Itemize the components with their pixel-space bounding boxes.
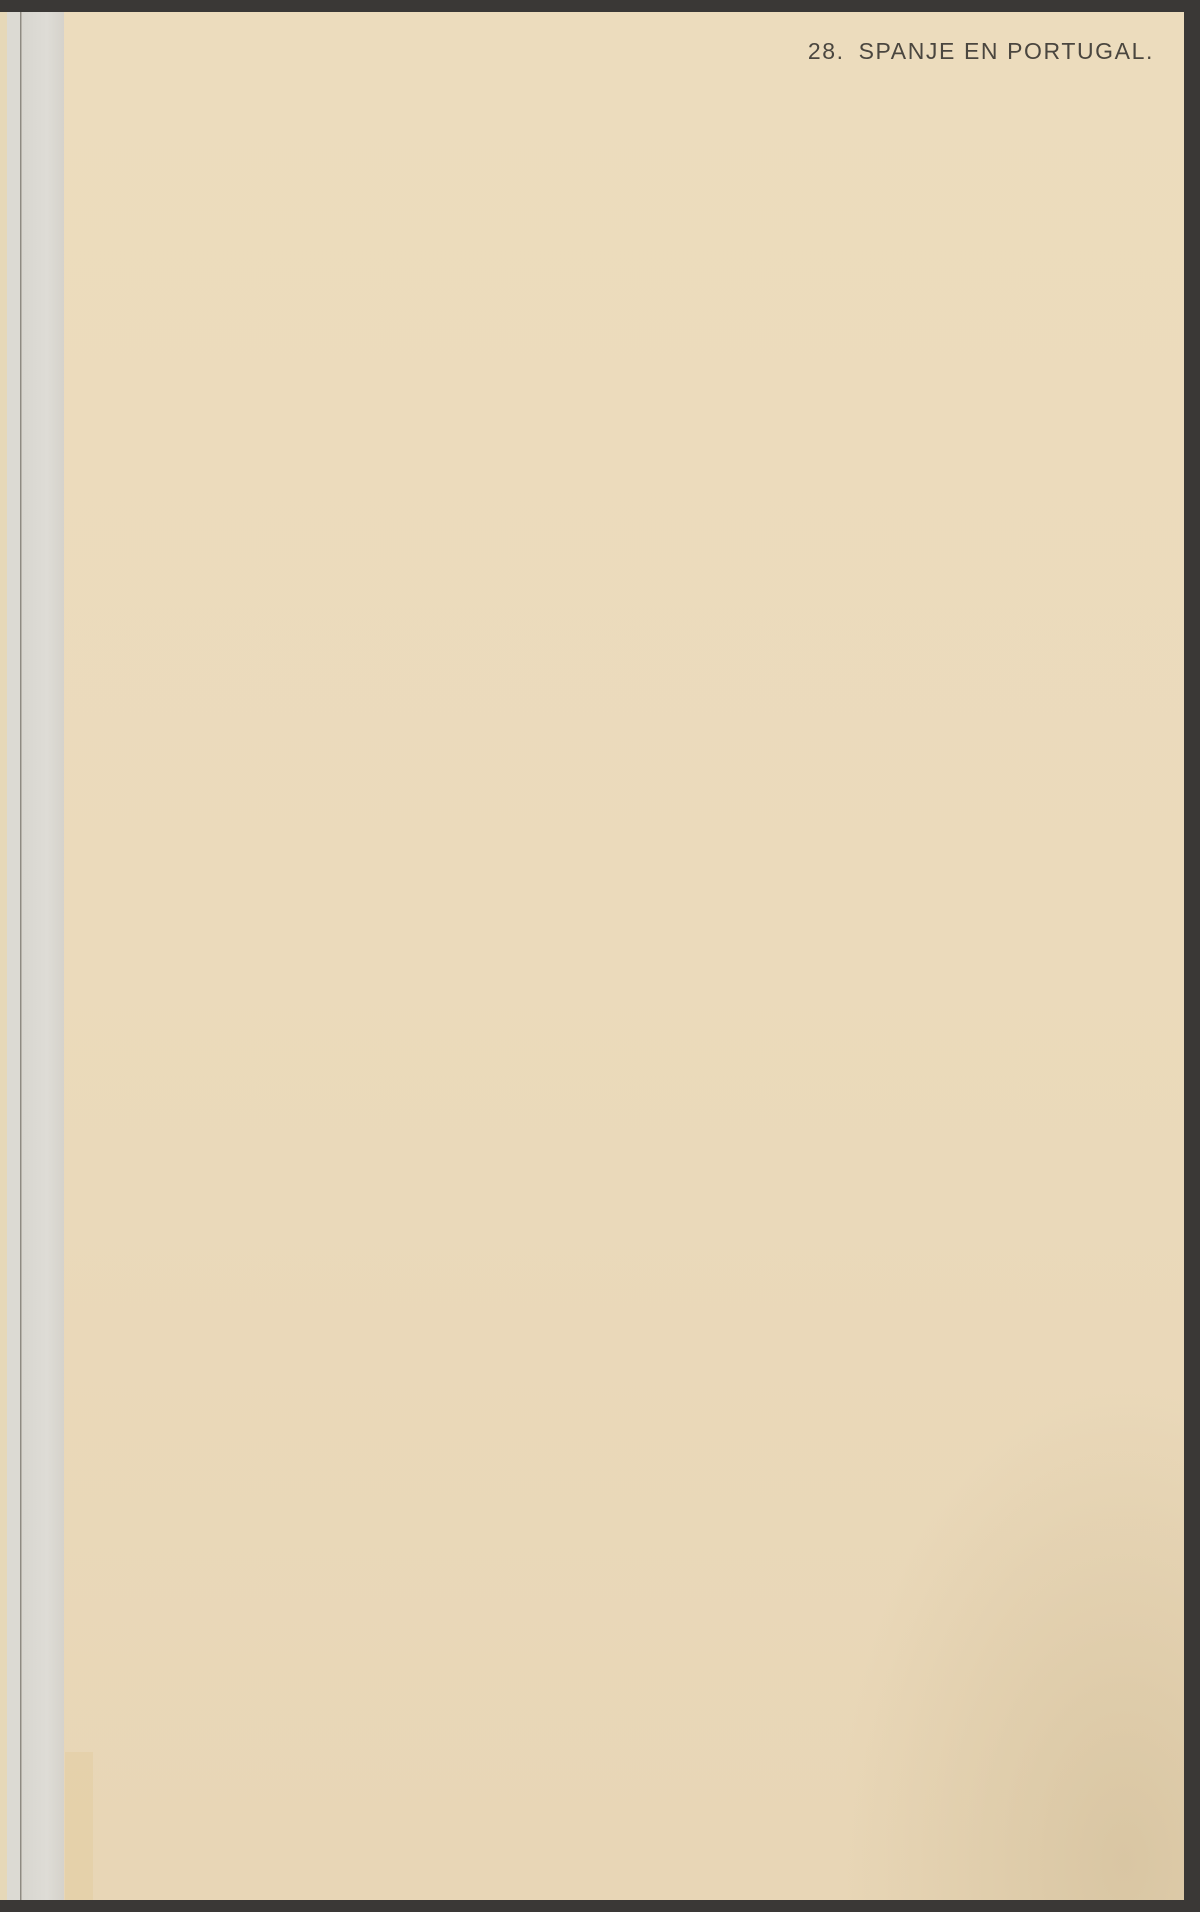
binding-strip-inner: [21, 12, 64, 1900]
plate-title: SPANJE EN PORTUGAL.: [859, 38, 1154, 64]
plate-header: 28.SPANJE EN PORTUGAL.: [808, 38, 1154, 65]
plate-number: 28.: [808, 38, 845, 64]
page: [0, 12, 1184, 1900]
binding-strip-outer: [7, 12, 21, 1900]
tape-strip: [65, 1752, 93, 1900]
